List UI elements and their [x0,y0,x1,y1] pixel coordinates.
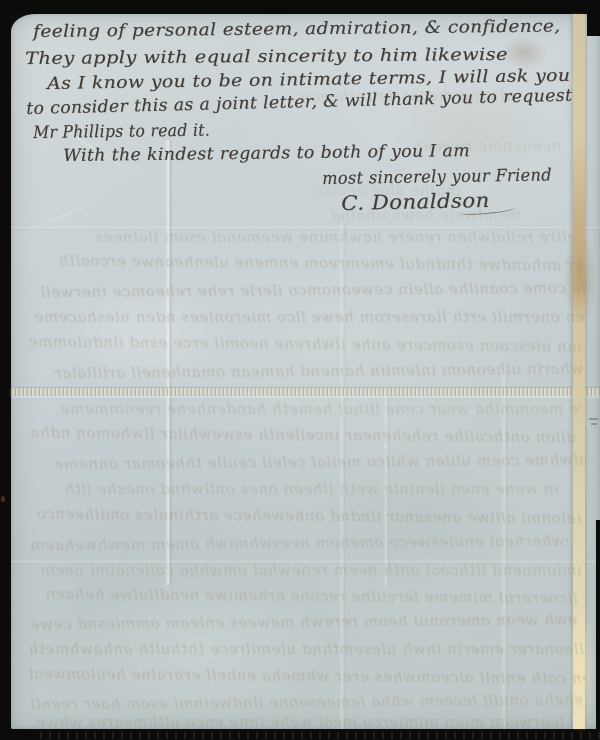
handwritten-line: feeling of personal esteem, admiration, … [33,16,561,42]
handwritten-line: Mr Phillips to read it. [33,121,210,143]
photo-edge-sliver [596,520,600,740]
red-speck [1,496,5,502]
handwritten-line: most sincerely your Friend [322,165,552,189]
handwritten-line: They apply with equal sincerity to him l… [25,45,508,69]
film-edge-texture [40,732,600,739]
handwritten-line: With the kindest regards to both of you … [63,141,470,166]
handwriting-layer: feeling of personal esteem, admiration, … [0,0,600,740]
photograph-background: leneon ilwhce mereul alnd mecoarle rethc… [0,0,600,740]
photo-corner-notch [587,0,600,36]
